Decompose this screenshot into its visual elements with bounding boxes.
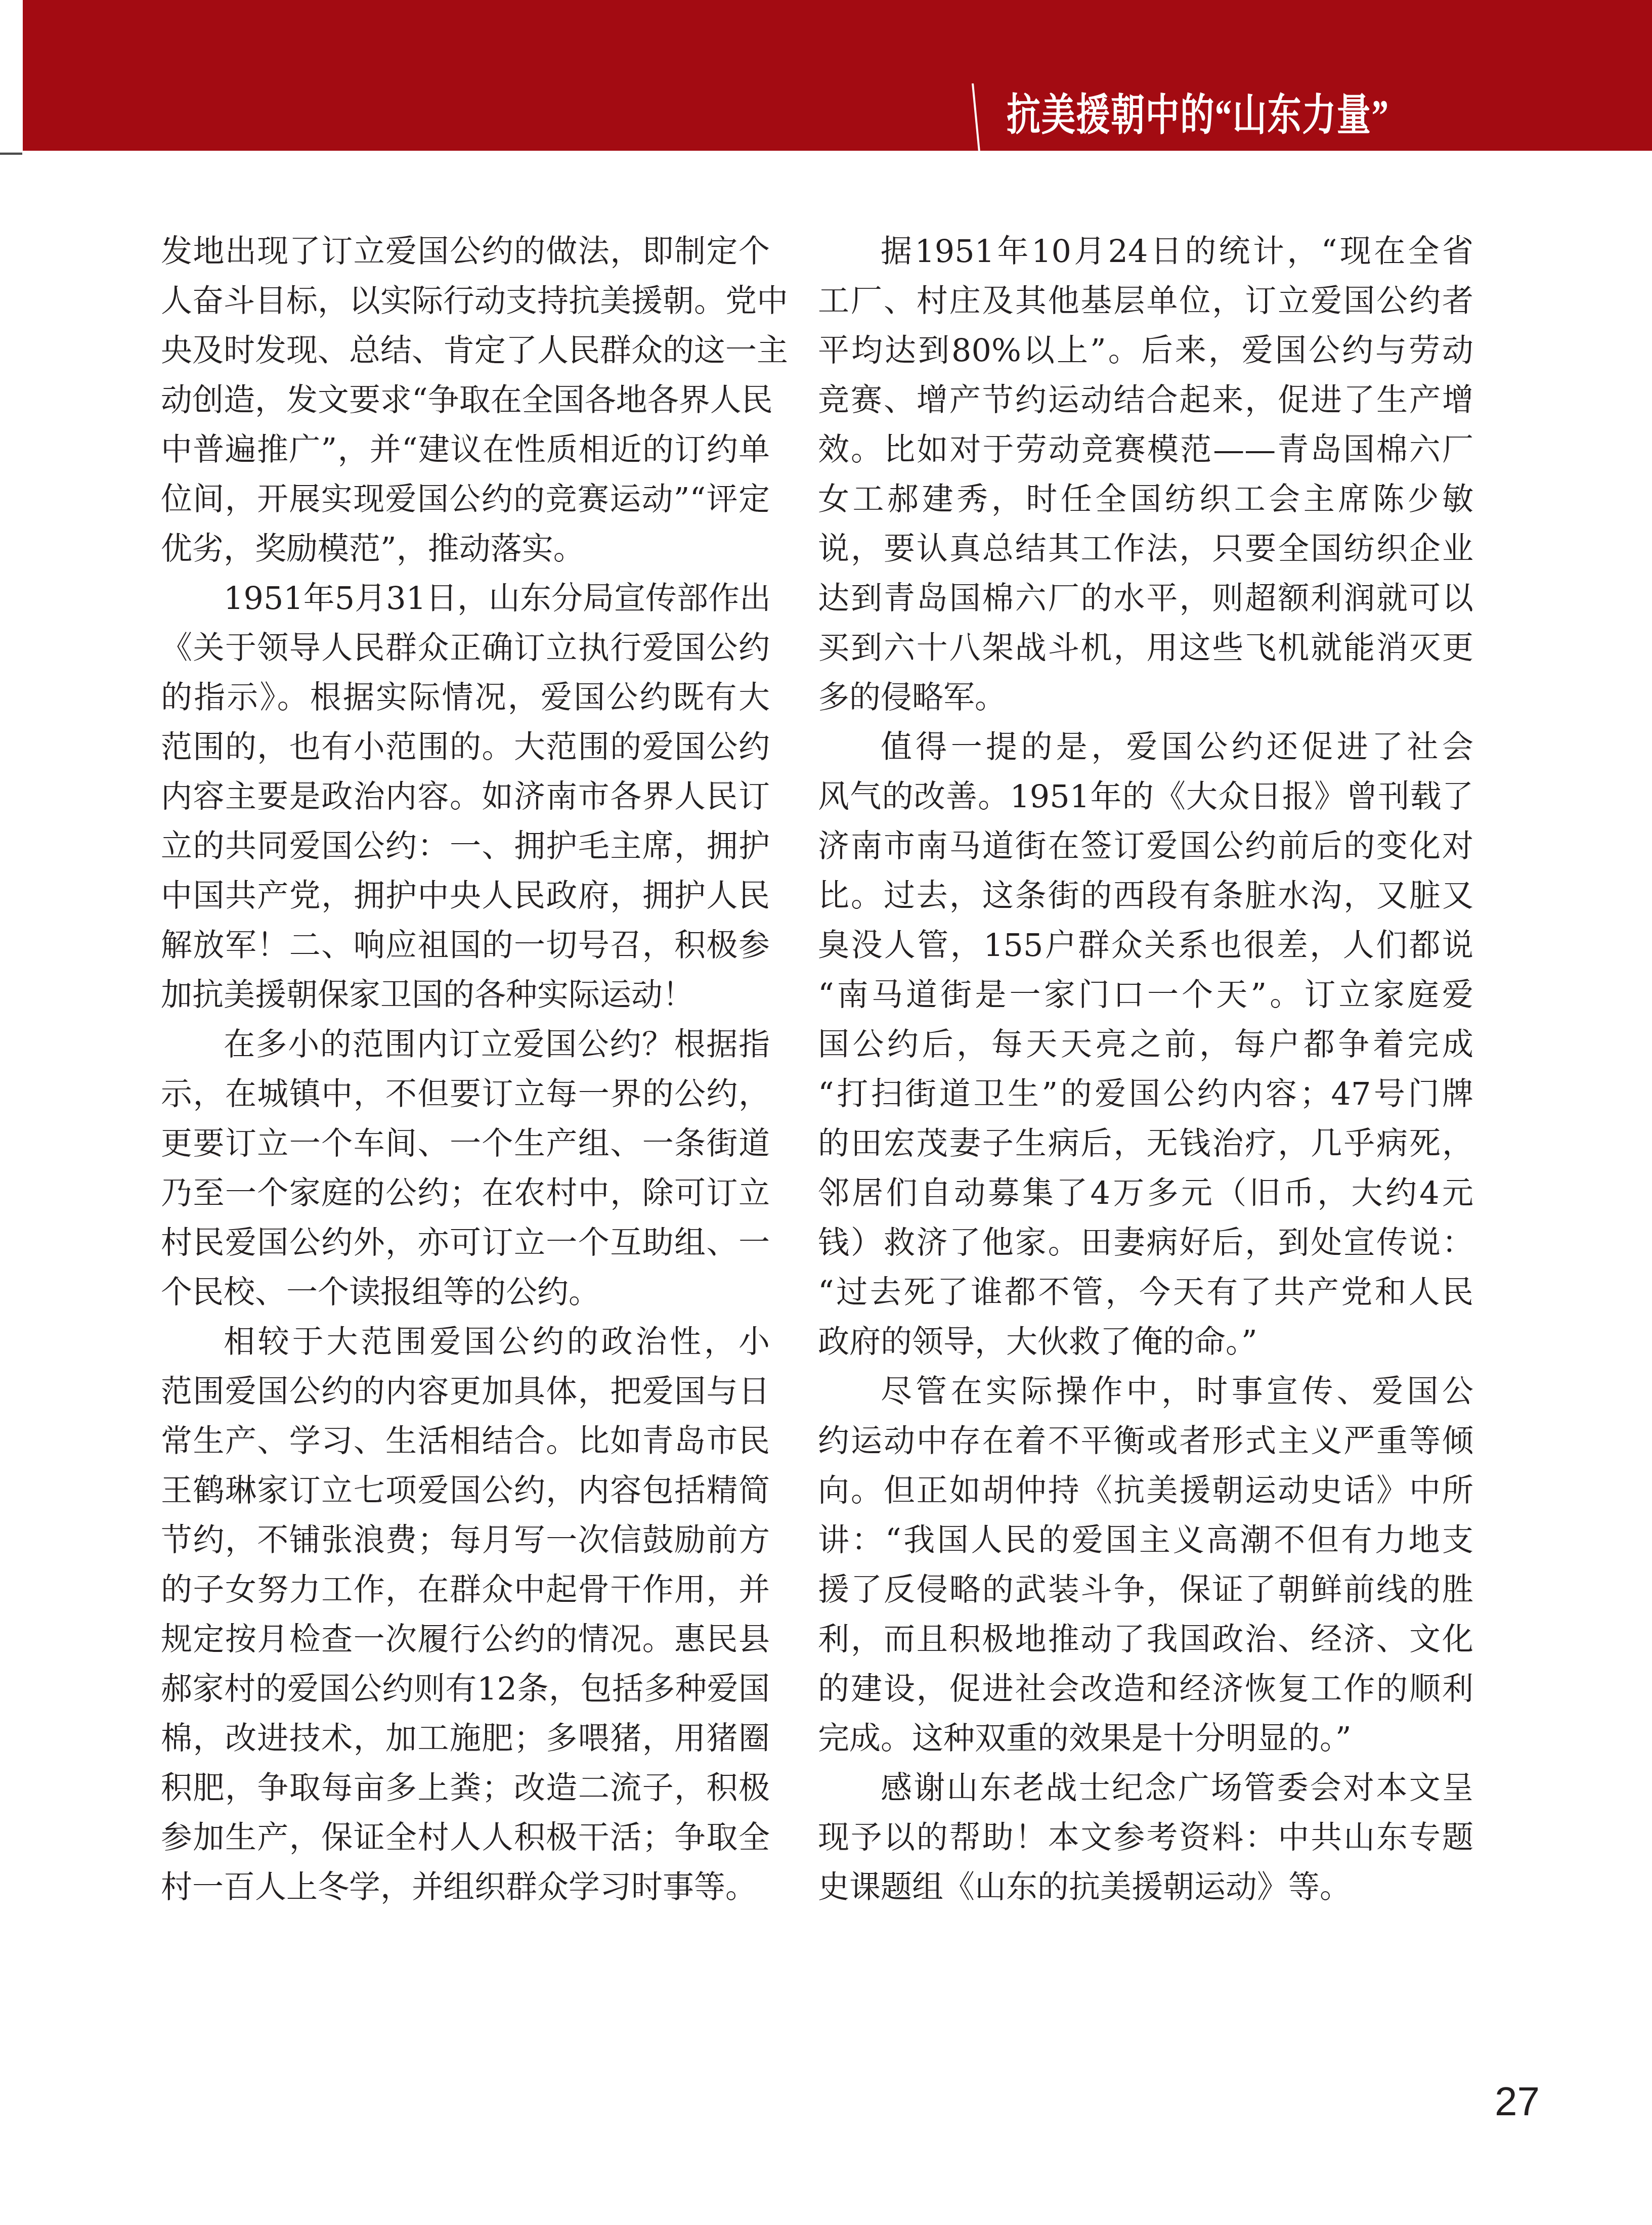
text-line: 的建设，促进社会改造和经济恢复工作的顺利 [818,1664,1473,1714]
text-line: “过去死了谁都不管，今天有了共产党和人民 [818,1268,1473,1317]
text-line: 优劣，奖励模范”，推动落实。 [161,524,770,574]
text-line: 援了反侵略的武装斗争，保证了朝鲜前线的胜 [818,1565,1473,1615]
text-line: 解放军！二、响应祖国的一切号召，积极参 [161,921,770,970]
acknowledgement: 感谢山东老战士纪念广场管委会对本文呈 现予以的帮助！本文参考资料：中共山东专题 … [818,1763,1473,1912]
text-line: 范围的，也有小范围的。大范围的爱国公约 [161,722,770,772]
text-line: 位间，开展实现爱国公约的竞赛运动”“评定 [161,474,770,524]
text-line: 多的侵略军。 [818,673,1473,722]
text-line: 参加生产，保证全村人人积极干活；争取全 [161,1813,770,1862]
text-line: 钱）救济了他家。田妻病好后，到处宣传说： [818,1218,1473,1268]
text-line: 在多小的范围内订立爱国公约？根据指 [161,1020,770,1069]
text-line: 发地出现了订立爱国公约的做法，即制定个 [161,227,770,276]
text-line: 向。但正如胡仲持《抗美援朝运动史话》中所 [818,1466,1473,1515]
text-line: 人奋斗目标，以实际行动支持抗美援朝。党中 [161,276,770,326]
text-line: 郝家村的爱国公约则有12条，包括多种爱国 [161,1664,770,1714]
text-line: 女工郝建秀，时任全国纺织工会主席陈少敏 [818,474,1473,524]
text-line: 个民校、一个读报组等的公约。 [161,1268,770,1317]
text-line: “南马道街是一家门口一个天”。订立家庭爱 [818,970,1473,1020]
text-line: 济南市南马道街在签订爱国公约前后的变化对 [818,821,1473,871]
text-line: 规定按月检查一次履行公约的情况。惠民县 [161,1615,770,1664]
text-line: 立的共同爱国公约：一、拥护毛主席，拥护 [161,821,770,871]
text-line: 常生产、学习、生活相结合。比如青岛市民 [161,1416,770,1466]
text-line: 央及时发现、总结、肯定了人民群众的这一主 [161,326,770,375]
text-line: 村民爱国公约外，亦可订立一个互助组、一 [161,1218,770,1268]
text-line: 讲：“我国人民的爱国主义高潮不但有力地支 [818,1515,1473,1565]
text-line: 动创造，发文要求“争取在全国各地各界人民 [161,375,770,425]
text-line: 据1951年10月24日的统计，“现在全省 [818,227,1473,276]
text-line: 王鹤琳家订立七项爱国公约，内容包括精简 [161,1466,770,1515]
text-line: 平均达到80%以上”。后来，爱国公约与劳动 [818,326,1473,375]
paragraph: 在多小的范围内订立爱国公约？根据指 示，在城镇中，不但要订立每一界的公约， 更要… [161,1020,770,1317]
paragraph: 1951年5月31日，山东分局宣传部作出 《关于领导人民群众正确订立执行爱国公约… [161,574,770,1020]
text-line: 加抗美援朝保家卫国的各种实际运动！ [161,970,770,1020]
paragraph: 发地出现了订立爱国公约的做法，即制定个 人奋斗目标，以实际行动支持抗美援朝。党中… [161,227,770,574]
text-line: 乃至一个家庭的公约；在农村中，除可订立 [161,1168,770,1218]
text-line: 值得一提的是，爱国公约还促进了社会 [818,722,1473,772]
text-line: 中普遍推广”，并“建议在性质相近的订约单 [161,425,770,474]
text-line: 尽管在实际操作中，时事宣传、爱国公 [818,1367,1473,1416]
text-line: 邻居们自动募集了4万多元（旧币，大约4元 [818,1168,1473,1218]
text-line: 工厂、村庄及其他基层单位，订立爱国公约者 [818,276,1473,326]
text-line: 范围爱国公约的内容更加具体，把爱国与日 [161,1367,770,1416]
section-title: 抗美援朝中的“山东力量” [1007,90,1389,141]
text-line: 买到六十八架战斗机，用这些飞机就能消灭更 [818,623,1473,673]
text-line: 中国共产党，拥护中央人民政府，拥护人民 [161,871,770,921]
text-line: “打扫街道卫生”的爱国公约内容；47号门牌 [818,1069,1473,1119]
text-line: 说，要认真总结其工作法，只要全国纺织企业 [818,524,1473,574]
text-line: 现予以的帮助！本文参考资料：中共山东专题 [818,1813,1473,1862]
right-column: 据1951年10月24日的统计，“现在全省 工厂、村庄及其他基层单位，订立爱国公… [818,227,1473,1912]
text-line: 达到青岛国棉六厂的水平，则超额利润就可以 [818,574,1473,623]
header-band [23,0,1652,151]
text-line: 《关于领导人民群众正确订立执行爱国公约 [161,623,770,673]
text-line: 比。过去，这条街的西段有条脏水沟，又脏又 [818,871,1473,921]
paragraph: 相较于大范围爱国公约的政治性，小 范围爱国公约的内容更加具体，把爱国与日 常生产… [161,1317,770,1912]
paragraph: 尽管在实际操作中，时事宣传、爱国公 约运动中存在着不平衡或者形式主义严重等倾 向… [818,1367,1473,1763]
text-line: 1951年5月31日，山东分局宣传部作出 [161,574,770,623]
text-line: 完成。这种双重的效果是十分明显的。” [818,1714,1473,1763]
text-line: 更要订立一个车间、一个生产组、一条街道 [161,1119,770,1168]
paragraph: 值得一提的是，爱国公约还促进了社会 风气的改善。1951年的《大众日报》曾刊载了… [818,722,1473,1367]
text-line: 史课题组《山东的抗美援朝运动》等。 [818,1862,1473,1912]
text-line: 积肥，争取每亩多上粪；改造二流子，积极 [161,1763,770,1813]
text-line: 风气的改善。1951年的《大众日报》曾刊载了 [818,772,1473,821]
text-line: 示，在城镇中，不但要订立每一界的公约， [161,1069,770,1119]
text-line: 国公约后，每天天亮之前，每户都争着完成 [818,1020,1473,1069]
text-line: 棉，改进技术，加工施肥；多喂猪，用猪圈 [161,1714,770,1763]
text-line: 节约，不铺张浪费；每月写一次信鼓励前方 [161,1515,770,1565]
text-line: 内容主要是政治内容。如济南市各界人民订 [161,772,770,821]
text-line: 村一百人上冬学，并组织群众学习时事等。 [161,1862,770,1912]
text-line: 约运动中存在着不平衡或者形式主义严重等倾 [818,1416,1473,1466]
paragraph: 据1951年10月24日的统计，“现在全省 工厂、村庄及其他基层单位，订立爱国公… [818,227,1473,722]
text-line: 的子女努力工作，在群众中起骨干作用，并 [161,1565,770,1615]
text-line: 臭没人管，155户群众关系也很差，人们都说 [818,921,1473,970]
text-line: 感谢山东老战士纪念广场管委会对本文呈 [818,1763,1473,1813]
text-line: 政府的领导，大伙救了俺的命。” [818,1317,1473,1367]
header-left-rule [0,152,22,155]
left-column: 发地出现了订立爱国公约的做法，即制定个 人奋斗目标，以实际行动支持抗美援朝。党中… [161,227,770,1912]
text-line: 效。比如对于劳动竞赛模范——青岛国棉六厂 [818,425,1473,474]
text-line: 的指示》。根据实际情况，爱国公约既有大 [161,673,770,722]
text-line: 竞赛、增产节约运动结合起来，促进了生产增 [818,375,1473,425]
text-line: 利，而且积极地推动了我国政治、经济、文化 [818,1615,1473,1664]
text-line: 相较于大范围爱国公约的政治性，小 [161,1317,770,1367]
text-line: 的田宏茂妻子生病后，无钱治疗，几乎病死， [818,1119,1473,1168]
page-number: 27 [1495,2079,1540,2124]
